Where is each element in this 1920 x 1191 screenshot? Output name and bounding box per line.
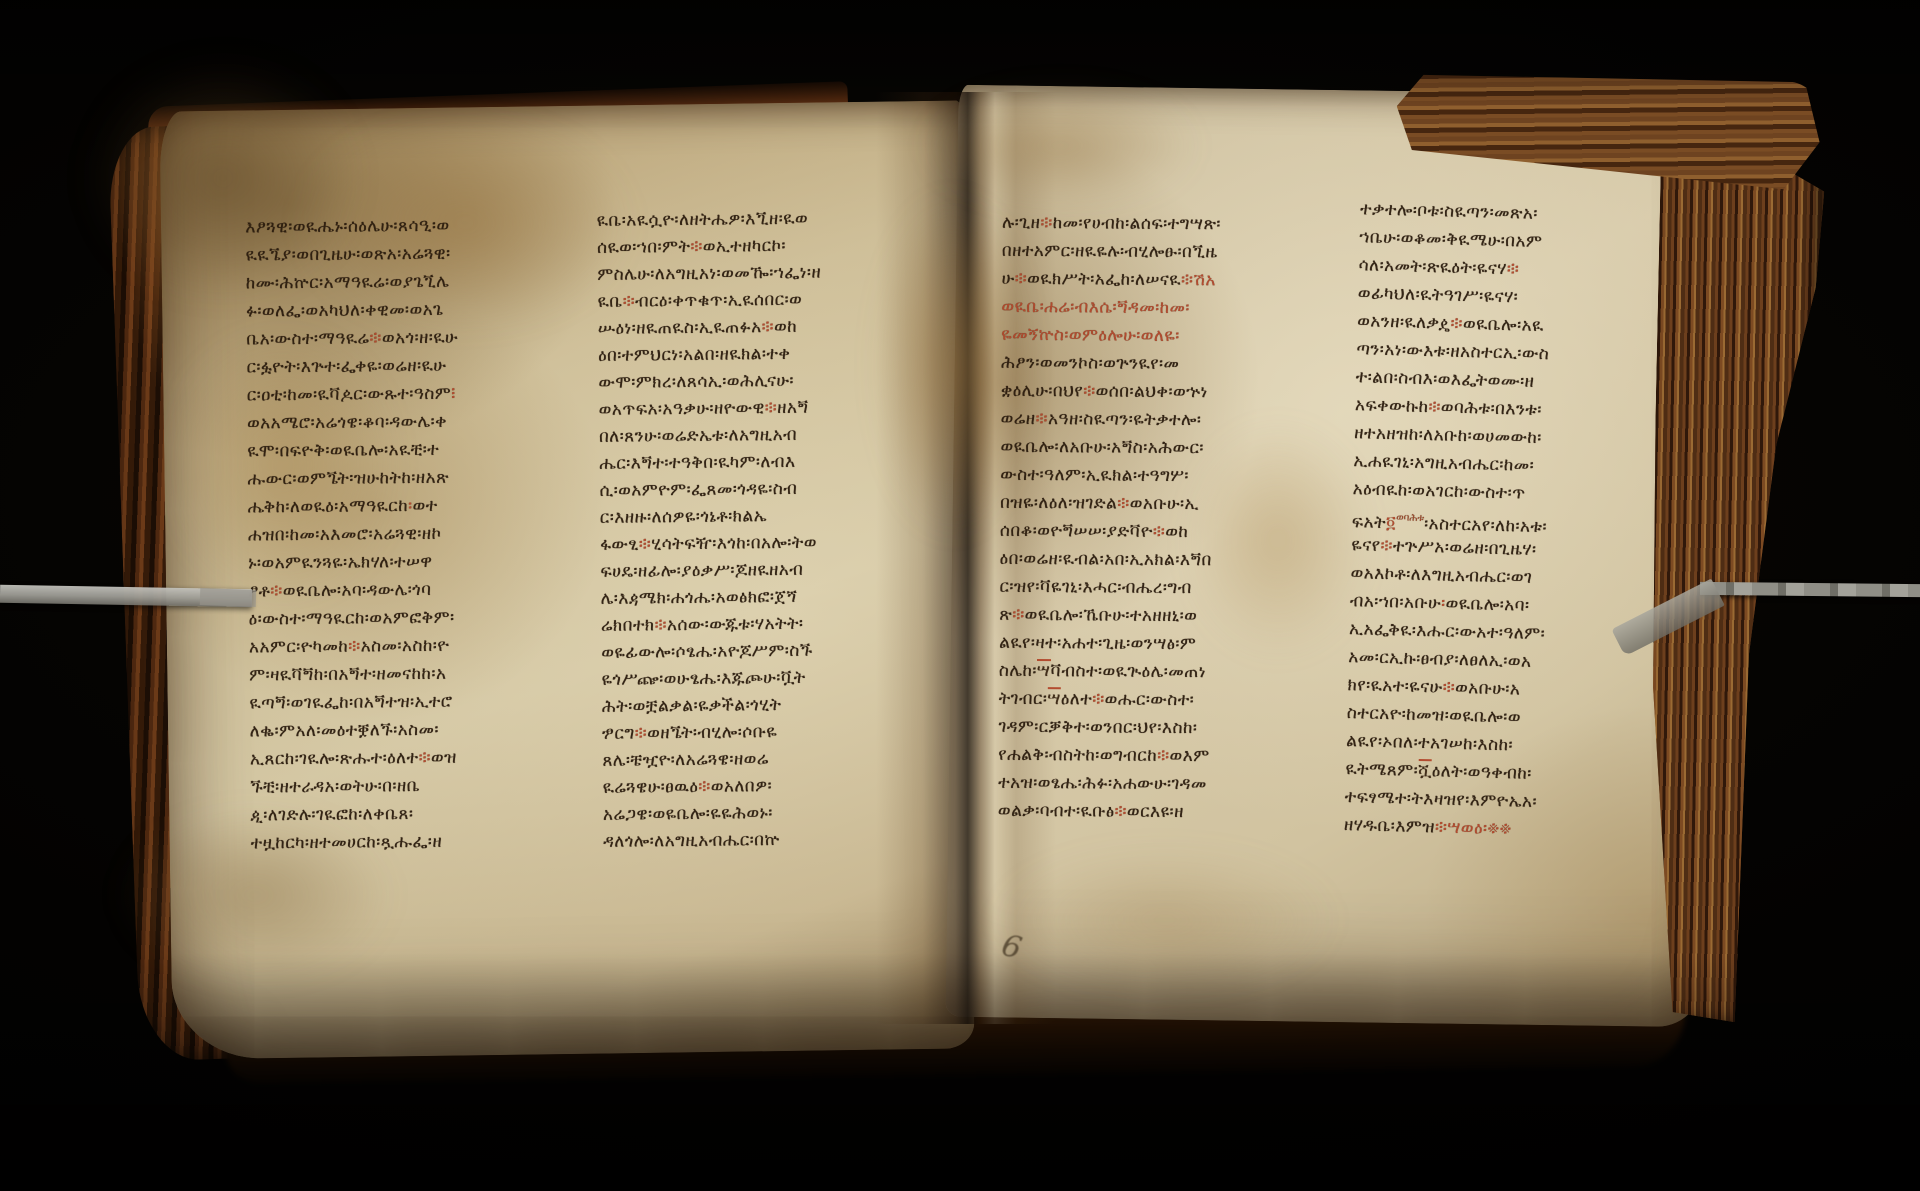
ink-text: ዕለተ: [1061, 689, 1092, 709]
ink-text: ወአአሜሮ፡አሬጎዌ፡ቆባ፡ዳውሌ፡ቀ: [247, 412, 447, 434]
ink-text: ዪዪጜያ፡ወበጊዜሁ፡ወጽአ፡አሬጓዊ፡: [245, 244, 450, 266]
text-line: ኑ፡ወአምዪንጓዬ፡ኤክሃለ፡ተሠዋ: [248, 547, 588, 578]
ink-text: ለቈ፡ምአለ፡መዕተቛለጙ፡አስመ፡: [250, 720, 439, 742]
text-line: ፇርግ፨ወዘጜት፡ብሂሎ፡ሶቡዬ: [602, 717, 962, 748]
ink-text: ፉ፡ወለፌ፡ወአካህለ፡ቀዊመ፡ወአጌ: [246, 300, 444, 322]
ink-text: ዺ፡ለገድሉ፡ገዪፎከ፡ለቀቤጸ፡: [250, 804, 413, 825]
ink-text: ፇርግ: [602, 724, 635, 744]
rubric-text: ፧: [451, 384, 456, 404]
ink-text: ዕበ፡ተምህርነ፡አልበ፡ዘዪክል፡ተቀ: [598, 344, 790, 366]
rubric-text: ፨: [698, 777, 711, 797]
ink-text: አፍቀውኩከ: [1355, 395, 1429, 417]
ink-text: ተአዝ፡ወፄሔ፡ሕፉ፡አሐውሁ፡ገዳመ: [998, 773, 1207, 794]
text-line: ሐዝበ፡ከመ፡አእመሮ፡አሬጓዊ፡ዘኮ: [248, 519, 588, 550]
rubric-text: ፨: [654, 615, 667, 635]
ink-text: ወኢተዘካርኮ፡: [703, 236, 786, 257]
ink-text: ኢሐዪገኒ፡አግዚአብሔር፡ከመ፡: [1353, 451, 1534, 476]
ink-text: ወዝ: [431, 748, 457, 768]
ink-text: ክየ፡ዪአተ፡ዬናሁ: [1347, 675, 1443, 697]
ink-text: ሔቅከ፡ለወዪዕ፡አማዓዪርከ: [248, 496, 408, 517]
ink-text: ሐዝበ፡ከመ፡አእመሮ፡አሬጓዊ፡ዘኮ: [248, 524, 442, 546]
rubric-text: ፨: [623, 292, 636, 312]
text-line: ወዬፊውሎ፡ሶፄሔ፡አዮጆሥም፡ስጙ: [601, 636, 961, 667]
ink-text: ሬክበተክ: [601, 615, 655, 636]
text-line: ሁ፨ወዪክሥት፡አፌከ፡ለሠናዪ፨ሽአ: [1002, 265, 1354, 295]
ink-text: ወከ: [774, 317, 797, 337]
rubric-text: ፨: [1083, 381, 1096, 401]
ink-text: አዕብዪከ፡ወአገርከ፡ውስተ፡ጥ: [1353, 479, 1526, 504]
rubric-text: ፨: [1015, 269, 1028, 289]
rubric-text: ፨: [690, 237, 703, 257]
ink-text: ውስተ፡ዓለም፡ኢዪክል፡ተዓግሦ፡: [1000, 465, 1189, 486]
ink-text: ውሞ፡ምክረ፡ለጸሳኢ፡ወሕሊናሁ፡: [598, 371, 794, 393]
rubric-text: ዬመኝኵስ፡ወምዕሎሁ፡ወለዬ፡: [1001, 325, 1180, 346]
ink-text: ልዪየ፡ዛተ፡አሐተ፡ጊዜ፡ወንሣፅ፡ም: [999, 633, 1196, 654]
text-line: ዪዪጜያ፡ወበጊዜሁ፡ወጽአ፡አሬጓዊ፡: [245, 239, 585, 270]
ink-text: ወአንዘ፡ዪለቃዼ: [1357, 311, 1451, 333]
ink-text: የሐልቅ፡ብስትከ፡ወግብርከ: [998, 745, 1157, 766]
ink-text: ዪሬጓዌሁ፡ፀዉዕ: [603, 777, 699, 798]
ink-text: ቋዕሊሁ፡በህየ: [1001, 381, 1083, 402]
text-line: ዕበ፡ተምህርነ፡አልበ፡ዘዪክል፡ተቀ: [598, 339, 958, 370]
ink-text: ሳለ፡አመት፡ጽዪዕት፡ዬናሃ: [1358, 255, 1507, 279]
rubric-text: ፨: [270, 581, 283, 601]
text-line: በለ፡ጸንሁ፡ወሬድኤቱ፡ለአግዚአብ: [599, 420, 959, 451]
text-line: ሕፆን፡ወመንኮስ፡ወጕንዪየ፡መ: [1001, 349, 1353, 379]
text-line: ር፡ፏዮት፡እጕተ፡ፌቀዬ፡ወሬዘ፡ዪሁ: [246, 351, 586, 382]
ink-text: ዪሞ፡በፍዮቅ፡ወዪቤሎ፡አዪቺ፡ተ: [247, 440, 439, 462]
rubric-text: ፨ሽአ: [1181, 270, 1216, 290]
ink-text: ር፡ዐቲ፡ከመ፡ዪቫዾር፡ውጹተ፡ዓስም: [247, 384, 452, 406]
rubric-text: ፨: [1012, 605, 1025, 625]
ink-text: ም፡ዛዪቫጝከ፡በአጝተ፡ዘመናከከ፡አ: [249, 664, 446, 686]
ink-text: ወሬዘ: [1001, 409, 1036, 429]
ink-text: ወፊካህለ፡ዪትዓገሥ፡ዬናሃ፡: [1358, 283, 1519, 307]
text-line: ር፡ዐቲ፡ከመ፡ዪቫዾር፡ውጹተ፡ዓስም፧: [247, 379, 587, 410]
ink-text: ሕፆን፡ወመንኮስ፡ወጕንዪየ፡መ: [1001, 353, 1180, 374]
ink-text: ወሰበ፡ልህቀ፡ወኍነ: [1096, 381, 1208, 402]
ink-text: ጸሌ፡ቼዧዮ፡ለአሬጓዌ፡ዘወሬ: [602, 749, 769, 771]
text-line: አሬጋዌ፡ወዬቤሎ፡ዬዬሕወኑ፡: [603, 798, 963, 829]
rubric-text: ፨: [1153, 522, 1166, 542]
ink-text: ገዳም፡ርቓቅተ፡ወንበር፡ህየ፡እስከ፡: [998, 717, 1197, 738]
rubric-text: ፨: [1428, 397, 1441, 417]
ink-text: ልዪየ፡ኦበለ፡ተአገሠከ፡እስከ፡: [1346, 731, 1513, 755]
ink-text: ወዪቤሎ፡ኼቡሁ፡ተአዘዘኒ፡ወ: [1025, 605, 1198, 626]
text-line: ዪሬጓዌሁ፡ፀዉዕ፨ወአለበዎ፡: [603, 771, 963, 802]
text-line: ገዳም፡ርቓቅተ፡ወንበር፡ህየ፡እስከ፡: [998, 713, 1350, 743]
rubric-text: ፬: [1386, 513, 1396, 533]
text-line: ሡዕነ፡ዘዪጠዪስ፡ኢዪጠፉአ፨ወከ: [598, 312, 958, 343]
ink-text: ቤአ፡ውስተ፡ማዓዪሬ: [246, 328, 369, 349]
text-line: ዬጎሥጬ፡ወሁፄሔ፡እጁጮሁ፡ቯት: [601, 663, 961, 694]
text-line: ተአዝ፡ወፄሔ፡ሕፉ፡አሐውሁ፡ገዳመ: [998, 769, 1350, 799]
ink-text: ብአ፡ኀበ፡አቡሁ: [1350, 591, 1442, 613]
ink-text: ሉ፡ጊዘ: [1002, 213, 1040, 233]
book-cradle-strap-left-tip: [200, 588, 257, 607]
text-line: ምስሌሁ፡ለአግዚአነ፡ወመዀ፡ኀፌነ፡ዘ: [597, 258, 957, 289]
ink-text: ከመ፡የሀብከ፡ልሰፍ፡ተግሣጽ፡: [1053, 213, 1221, 234]
text-line: ዪሞ፡በፍዮቅ፡ወዪቤሎ፡አዪቺ፡ተ: [247, 435, 587, 466]
ink-text: አመ፡ርኢኩ፡ፀብያ፡ለፀለኢ፡ወአ: [1348, 647, 1532, 672]
ink-text: ዘተአዘዝከ፡ለአቡከ፡ወሀመውከ፡: [1354, 423, 1542, 448]
ink-text: ጙቺ፡ዘተራዳአ፡ወትሁ፡በ፡ዘቤ: [250, 776, 420, 797]
text-line: ም፡ዛዪቫጝከ፡በአጝተ፡ዘመናከከ፡አ: [249, 659, 589, 690]
ink-text: ፍሀዴ፡ዘፊሎ፡ያዕቃሥ፡ጆዘዪዘአብ: [600, 560, 803, 582]
manuscript-photo: እፆጓዊ፡ወዪሔኑ፡ሰዕሌሁ፡ጸሳዒ፡ወዪዪጜያ፡ወበጊዜሁ፡ወጽአ፡አሬጓዊ፡…: [0, 0, 1920, 1191]
ink-text: በዘተአምር፡ዘዪዬሉ፡ብሂሎፁ፡በጚዜ: [1002, 241, 1218, 263]
ink-text: አዓዘ፡ስዪጣን፡ዬትቃተሎ፡: [1048, 409, 1202, 430]
text-line: ቋዕሊሁ፡በህየ፨ወሰበ፡ልህቀ፡ወኍነ: [1001, 377, 1353, 407]
ink-text: ኑ፡ወአምዪንጓዬ፡ኤክሃለ፡ተሠዋ: [248, 552, 433, 574]
ink-text: ወዬፊውሎ፡ሶፄሔ፡አዮጆሥም፡ስጙ: [601, 641, 813, 663]
text-line: እፆጓዊ፡ወዪሔኑ፡ሰዕሌሁ፡ጸሳዒ፡ወ: [245, 211, 585, 242]
rubric-text: ሣወዕ፡፠፠: [1447, 818, 1512, 840]
ink-text: ምስሌሁ፡ለአግዚአነ፡ወመዀ፡ኀፌነ፡ዘ: [597, 263, 821, 285]
ink-text: ብርዕ፡ቀጥቁጥ፡ኢዪሰበር፡ወ: [635, 290, 802, 312]
text-column-left-2: ዪቤ፡አዪሷዮ፡ለዘትሔዎ፡እጚዘ፡ዪወሰዪወ፡ኀበ፡ምት፨ወኢተዘካርኮ፡ምስ…: [597, 204, 964, 856]
rubric-text: ፨: [1157, 746, 1170, 766]
text-line: ሬክበተክ፨አሰው፡ውጁቱ፡ሃአትት፡: [601, 609, 961, 640]
ink-text: ወዪቤሎ፡አባ፡: [1445, 594, 1529, 616]
ink-text: ሕት፡ወቿልቃል፡ዬቃችል፡ጎሂት: [602, 695, 782, 717]
text-line: ዪቤ፡አዪሷዮ፡ለዘትሔዎ፡እጚዘ፡ዪወ: [597, 204, 957, 235]
rubric-text: ፨: [1380, 536, 1393, 556]
text-line: ከሙ፡ሕኵር፡አማዓዪሬ፡ወያጌጚሌ: [246, 267, 586, 298]
ink-text: ሰዪወ፡ኀበ፡ምት: [597, 237, 691, 258]
text-column-right-2: ተቃተሎ፡ቦቱ፡ስዪጣን፡መጽአ፡ኀቤሁ፡ወቆመ፡ቅዪሜሁ፡በአምሳለ፡አመት፡…: [1344, 195, 1733, 849]
rubric-text: ፨: [635, 723, 648, 743]
ink-text: ፍአት: [1352, 512, 1387, 533]
ink-text: ከሙ፡ሕኵር፡አማዓዪሬ፡ወያጌጚሌ: [246, 272, 450, 294]
rubric-text: ፨: [1435, 817, 1448, 837]
text-line: ልዪየ፡ዛተ፡አሐተ፡ጊዜ፡ወንሣፅ፡ም: [999, 629, 1351, 659]
ink-text: ወልቃ፡ባብተ፡ዪቡፅ: [998, 801, 1115, 822]
text-line: ሑውር፡ወምጜት፡ዝሁከትከ፡ዘአጽ: [247, 463, 587, 494]
text-line: ዺ፡ለገድሉ፡ገዪፎከ፡ለቀቤጸ፡: [250, 799, 590, 830]
rubric-text: ፨: [418, 748, 431, 768]
ink-text: ተዟከርካ፡ዘተመሀርከ፡ጿሑፌ፡ዘ: [251, 832, 443, 854]
ink-text: ዪጣጝ፡ወገዪፌከ፡በአጝተዝ፡ኢተሮ: [249, 692, 452, 714]
text-line: ቤአ፡ውስተ፡ማዓዪሬ፨ወአጎ፡ዘ፡ዪሁ: [246, 323, 586, 354]
ink-text: ሁ: [1002, 269, 1015, 289]
text-line: ዕ፡ውስተ፡ማዓዪርከ፡ወአምፎቅም፡: [249, 603, 589, 634]
text-line: የሐልቅ፡ብስትከ፡ወግብርከ፨ወእም: [998, 741, 1350, 771]
text-line: ስሌከ፡ሣቫብስተ፡ወዪጒዕሌ፡መጠነ: [999, 657, 1351, 687]
text-line: ዪጣጝ፡ወገዪፌከ፡በአጝተዝ፡ኢተሮ: [249, 687, 589, 718]
text-line: ሌ፡እዻሜክ፡ሐጎሔ፡አወፅክፎ፡ጀጞ: [601, 582, 961, 613]
ink-text: ፋውፂ: [600, 534, 639, 554]
ink-text: ተፍፃሜተ፡ትእዛዝየ፡እምዮኤአ፡: [1344, 787, 1537, 812]
ink-text: ተ፡ልበ፡ስብእ፡ወእፌትወሙ፡ዘ: [1355, 367, 1534, 392]
text-line: ኢጸርከ፡ገዪሎ፡ጽሑተ፡ዕለተ፨ወዝ: [250, 743, 590, 774]
text-line: ወአአሜሮ፡አሬጎዌ፡ቆባ፡ዳውሌ፡ቀ: [247, 407, 587, 438]
rubric-text: ወዪቤ፡ሐሬ፡ብእሴ፡ጝዳመ፡ከመ፡: [1001, 297, 1190, 318]
text-line: ሔቅከ፡ለወዪዕ፡አማዓዪርከ፡ወተ: [248, 491, 588, 522]
text-line: ዬመኝኵስ፡ወምዕሎሁ፡ወለዬ፡: [1001, 321, 1353, 351]
rubric-text: ፨: [639, 534, 652, 554]
rubric-text: ፨: [765, 398, 778, 418]
ink-text: ወእም: [1170, 746, 1210, 766]
ink-text: ር፡እዘዙ፡ለሰዎዬ፡ጎኔቶ፡ክልኤ: [600, 506, 767, 528]
ink-text: ጣን፡አነ፡ውእቱ፡ዘአስተርኢ፡ውስ: [1356, 339, 1549, 364]
ink-text: ኢአፌቅዪ፡እሑር፡ውአተ፡ዓለም፡: [1349, 619, 1546, 644]
ink-text: ዕለት፡ወዓቀብከ፡: [1432, 761, 1532, 784]
ink-text: እፆጓዊ፡ወዪሔኑ፡ሰዕሌሁ፡ጸሳዒ፡ወ: [245, 216, 450, 238]
ink-text: ስሌከ፡: [999, 661, 1037, 681]
ink-text: ወርእዩ፡ዘ: [1127, 802, 1184, 822]
text-line: ሰዪወ፡ኀበ፡ምት፨ወኢተዘካርኮ፡: [597, 231, 957, 262]
ink-text: ጽ: [999, 605, 1012, 625]
rubric-text: ፨: [1040, 213, 1053, 233]
text-line: ውስተ፡ዓለም፡ኢዪክል፡ተዓግሦ፡: [1000, 461, 1352, 491]
text-line: ዳለጎሎ፡ለአግዚአብሔር፡በኵ: [603, 825, 963, 856]
ink-text: ወተ: [412, 496, 437, 516]
text-line: ፉ፡ወለፌ፡ወአካህለ፡ቀዊመ፡ወአጌ: [246, 295, 586, 326]
text-line: ፆቶ፨ወዪቤሎ፡አባ፡ዳውሌ፡ጎባ: [248, 575, 588, 606]
text-line: ሲ፡ወአምዮም፡ፌጸመ፡ጎዳዬ፡ስብ: [599, 474, 959, 505]
ink-text: ሑውር፡ወምጜት፡ዝሁከትከ፡ዘአጽ: [247, 468, 449, 490]
ink-text: ወአለበዎ፡: [711, 776, 773, 797]
ink-text: ወዪቤሎ፡ለአቡሁ፡አጝስ፡አሕውር፡: [1000, 437, 1204, 458]
rubric-text: ፨: [1117, 494, 1130, 514]
ink-text: ስተርአዮ፡ከመዝ፡ወዪቤሎ፡ወ: [1347, 703, 1522, 728]
text-line: ሕት፡ወቿልቃል፡ዬቃችል፡ጎሂት: [602, 690, 962, 721]
ink-text: ሰበቆ፡ወዮጝሠሠ፡ያድቫዮ: [1000, 521, 1153, 542]
text-line: በዝዬ፡ለዕለ፡ዝገድል፨ወአቡሁ፡ኢ: [1000, 489, 1352, 519]
ink-text: በዝዬ፡ለዕለ፡ዝገድል: [1000, 493, 1117, 514]
ink-text: ሂሳትፍዥ፡እጎከ፡በአሎ፡ትወ: [651, 533, 817, 555]
ink-text: አስመ፡አስከ፡ዮ: [361, 636, 450, 657]
ink-text: ር፡ፏዮት፡እጕተ፡ፌቀዬ፡ወሬዘ፡ዪሁ: [246, 356, 446, 378]
text-line: ጙቺ፡ዘተራዳአ፡ወትሁ፡በ፡ዘቤ: [250, 771, 590, 802]
rubric-text: ፨: [1114, 802, 1127, 822]
text-line: ር፡ዝየ፡ቫዬገኒ፡እሓር፡ብሔረ፡ግብ: [999, 573, 1351, 603]
rubric-text: ፨: [1450, 314, 1463, 334]
rubric-text: ፨: [1442, 678, 1455, 698]
rubric-text: ፨: [1092, 689, 1105, 709]
text-line: ወዪቤሎ፡ለአቡሁ፡አጝስ፡አሕውር፡: [1000, 433, 1352, 463]
ink-text: ቫብስተ፡ወዪጒዕሌ፡መጠነ: [1050, 661, 1206, 682]
ink-text: ኢጸርከ፡ገዪሎ፡ጽሑተ፡ዕለተ: [250, 748, 419, 769]
ink-text: ወአቡሁ፡አ: [1455, 678, 1521, 700]
text-line: ዕበ፡ወሬዘ፡ዪብል፡አበ፡ኢአክል፡እጝበ: [1000, 545, 1352, 575]
ink-text: አአምር፡ዮካመከ: [249, 637, 348, 658]
text-line: ር፡እዘዙ፡ለሰዎዬ፡ጎኔቶ፡ክልኤ: [600, 501, 960, 532]
text-line: ወአጥፍአ፡አዓቃሁ፡ዘዮውዊ፨ዘአጝ: [599, 393, 959, 424]
rubric-text: ፨: [369, 328, 382, 348]
text-line: ውሞ፡ምክረ፡ለጸሳኢ፡ወሕሊናሁ፡: [598, 366, 958, 397]
ink-text: ተቃተሎ፡ቦቱ፡ስዪጣን፡መጽአ፡: [1360, 199, 1538, 224]
text-line: ሰበቆ፡ወዮጝሠሠ፡ያድቫዮ፨ወከ: [1000, 517, 1352, 547]
ink-text: ወሑር፡ውስተ፡: [1105, 690, 1195, 711]
ink-text: ሡዕነ፡ዘዪጠዪስ፡ኢዪጠፉአ: [598, 317, 762, 339]
text-column-left-1: እፆጓዊ፡ወዪሔኑ፡ሰዕሌሁ፡ጸሳዒ፡ወዪዪጜያ፡ወበጊዜሁ፡ወጽአ፡አሬጓዊ፡…: [245, 211, 591, 858]
ink-text: ሔር፡እጝተ፡ተዓቅበ፡ዪካም፡ለብእ: [599, 452, 795, 474]
ink-text: ኀቤሁ፡ወቆመ፡ቅዪሜሁ፡በአም: [1359, 227, 1542, 252]
text-column-right-1: ሉ፡ጊዘ፨ከመ፡የሀብከ፡ልሰፍ፡ተግሣጽ፡በዘተአምር፡ዘዪዬሉ፡ብሂሎፁ፡በ…: [998, 209, 1354, 827]
ink-text: ዘሃዱቤ፡እምዝ: [1344, 815, 1436, 837]
text-line: ጸሌ፡ቼዧዮ፡ለአሬጓዌ፡ዘወሬ: [602, 744, 962, 775]
text-line: ትገብር፡ሣዕለተ፨ወሑር፡ውስተ፡: [999, 685, 1351, 715]
ink-text: ወአእኮቶ፡ለእግዚአብሔር፡ወገ: [1350, 563, 1532, 588]
ink-text: ሌ፡እዻሜክ፡ሐጎሔ፡አወፅክፎ፡ጀጞ: [601, 587, 798, 609]
ink-text: ዪትሜጸም፡: [1345, 759, 1418, 781]
ink-text: ዪቤ: [597, 292, 622, 312]
ink-text: ዬናየ: [1351, 535, 1381, 556]
text-line: ሉ፡ጊዘ፨ከመ፡የሀብከ፡ልሰፍ፡ተግሣጽ፡: [1002, 209, 1354, 239]
ink-text: ዕ፡ውስተ፡ማዓዪርከ፡ወአምፎቅም፡: [249, 608, 455, 630]
ink-text: ዬጎሥጬ፡ወሁፄሔ፡እጁጮሁ፡ቯት: [601, 668, 805, 690]
text-line: ወልቃ፡ባብተ፡ዪቡፅ፨ወርእዩ፡ዘ: [998, 797, 1350, 827]
ink-text: ዳለጎሎ፡ለአግዚአብሔር፡በኵ: [603, 830, 780, 852]
text-line: ፋውፂ፨ሂሳትፍዥ፡እጎከ፡በአሎ፡ትወ: [600, 528, 960, 559]
ink-text: ዕበ፡ወሬዘ፡ዪብል፡አበ፡ኢአክል፡እጝበ: [1000, 549, 1212, 570]
rubric-text: ፨: [762, 317, 775, 337]
text-line: ጽ፨ወዪቤሎ፡ኼቡሁ፡ተአዘዘኒ፡ወ: [999, 601, 1351, 631]
ink-text: ሣ: [1047, 687, 1061, 709]
ink-text: ወዪክሥት፡አፌከ፡ለሠናዪ: [1027, 269, 1181, 290]
ink-text: ሣ: [1037, 659, 1051, 681]
ink-text: ሲ፡ወአምዮም፡ፌጸመ፡ጎዳዬ፡ስብ: [599, 479, 797, 501]
ink-text: ወከ: [1165, 522, 1188, 542]
ink-text: ወዘጜት፡ብሂሎ፡ሶቡዬ: [647, 722, 777, 743]
text-line: ወሬዘ፨አዓዘ፡ስዪጣን፡ዬትቃተሎ፡: [1001, 405, 1353, 435]
ink-text: በለ፡ጸንሁ፡ወሬድኤቱ፡ለአግዚአብ: [599, 425, 797, 447]
ink-text: ሿ: [1418, 759, 1432, 781]
text-line: ወዪቤ፡ሐሬ፡ብእሴ፡ጝዳመ፡ከመ፡: [1001, 293, 1353, 323]
book-cradle-strap-right: [1700, 582, 1920, 597]
text-line: ለቈ፡ምአለ፡መዕተቛለጙ፡አስመ፡: [250, 715, 590, 746]
ink-text: ወባሕቱ: [1396, 512, 1424, 524]
ink-text: ወባሕቱ፡በእንቱ፡: [1441, 397, 1542, 420]
text-line: ተዟከርካ፡ዘተመሀርከ፡ጿሑፌ፡ዘ: [251, 827, 591, 858]
text-line: አአምር፡ዮካመከ፨አስመ፡አስከ፡ዮ: [249, 631, 589, 662]
ink-text: ወዪቤሎ፡አዪ: [1463, 314, 1544, 336]
rubric-text: ፨: [1507, 259, 1520, 279]
text-line: ዪቤ፨ብርዕ፡ቀጥቁጥ፡ኢዪሰበር፡ወ: [597, 285, 957, 316]
ink-text: ዘአጝ: [777, 398, 809, 418]
ink-text: ወአቡሁ፡ኢ: [1130, 494, 1199, 514]
text-line: ፍሀዴ፡ዘፊሎ፡ያዕቃሥ፡ጆዘዪዘአብ: [600, 555, 960, 586]
ink-text: ዪቤ፡አዪሷዮ፡ለዘትሔዎ፡እጚዘ፡ዪወ: [597, 209, 809, 231]
ink-text: ትገብር፡: [999, 689, 1048, 709]
ink-text: አሰው፡ውጁቱ፡ሃአትት፡: [667, 614, 804, 635]
text-line: ሔር፡እጝተ፡ተዓቅበ፡ዪካም፡ለብእ: [599, 447, 959, 478]
ink-text: አሬጋዌ፡ወዬቤሎ፡ዬዬሕወኑ፡: [603, 803, 773, 825]
ink-text: ር፡ዝየ፡ቫዬገኒ፡እሓር፡ብሔረ፡ግብ: [999, 577, 1191, 598]
ink-text: ወአጎ፡ዘ፡ዪሁ: [382, 328, 458, 349]
text-line: በዘተአምር፡ዘዪዬሉ፡ብሂሎፁ፡በጚዜ: [1002, 237, 1354, 267]
ink-text: ወአጥፍአ፡አዓቃሁ፡ዘዮውዊ: [599, 398, 765, 420]
ink-text: ወዪቤሎ፡አባ፡ዳውሌ፡ጎባ: [283, 580, 432, 601]
rubric-text: ፨: [348, 637, 361, 657]
ink-text: ተጕሥአ፡ወሬዘ፡በጊዜሃ፡: [1393, 536, 1537, 560]
rubric-text: ፨: [1035, 409, 1048, 429]
